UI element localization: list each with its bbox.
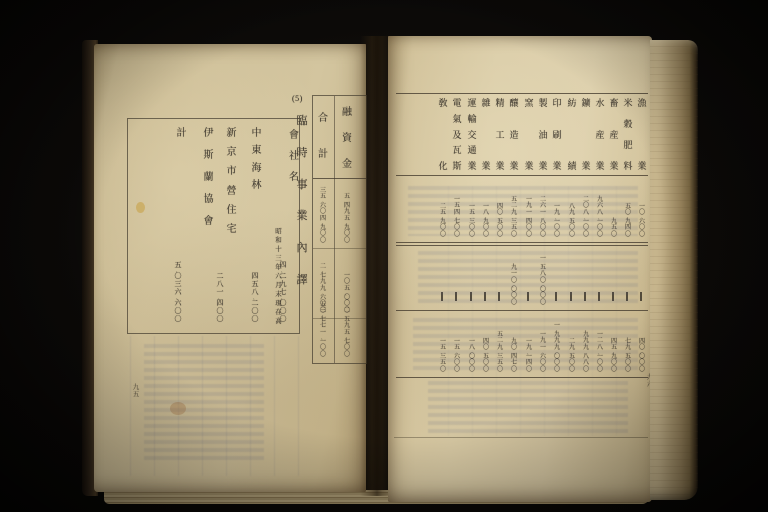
no-value-dash bbox=[470, 292, 472, 301]
glyph: 、 bbox=[281, 296, 285, 299]
glyph: 〇 bbox=[440, 367, 446, 373]
glyph: 〇 bbox=[320, 238, 326, 244]
company-name: 伊斯蘭協會 bbox=[202, 129, 215, 227]
industry-column-header: 紡績 bbox=[566, 99, 578, 171]
glyph: 、 bbox=[345, 200, 349, 203]
glyph: 、 bbox=[555, 351, 559, 354]
industry-value-row3: 二九、五〇〇 bbox=[567, 339, 577, 373]
glyph: 、 bbox=[598, 216, 602, 219]
industry-value-row3: 一九一、六〇〇 bbox=[538, 332, 548, 373]
glyph: 宅 bbox=[227, 225, 237, 235]
glyph: 〇 bbox=[280, 299, 287, 307]
glyph: 、 bbox=[512, 284, 516, 287]
glyph: 伊 bbox=[204, 129, 214, 139]
glyph: 業 bbox=[637, 162, 646, 171]
glyph: 〇 bbox=[611, 367, 617, 373]
glyph: 〇 bbox=[639, 232, 645, 238]
glyph: 、 bbox=[541, 262, 545, 265]
industry-column-header: 製油業 bbox=[537, 99, 549, 171]
company-name: 中東海林 bbox=[250, 129, 263, 191]
glyph: 、 bbox=[570, 351, 574, 354]
industry-value-row3: 一五、三五〇 bbox=[438, 339, 448, 373]
glyph: 、 bbox=[527, 216, 531, 219]
no-value-dash bbox=[441, 292, 443, 301]
industry-value-row2: 九一〇、〇〇〇 bbox=[509, 265, 519, 306]
glyph: 〇 bbox=[639, 367, 645, 373]
glyph: 業 bbox=[509, 162, 518, 171]
industry-column-header: 水産業 bbox=[594, 99, 606, 171]
glyph: 〇 bbox=[217, 315, 224, 323]
glyph: 輸 bbox=[467, 115, 476, 124]
glyph: 、 bbox=[345, 336, 349, 339]
industry-value-row1: 五〇、九四〇 bbox=[623, 204, 633, 238]
glyph: 會 bbox=[204, 217, 214, 227]
glyph: 、 bbox=[281, 269, 285, 272]
industry-value-row1: 一〇、六〇〇 bbox=[637, 204, 647, 238]
glyph: 協 bbox=[204, 195, 214, 205]
glyph: 、 bbox=[570, 216, 574, 219]
industry-value-row1: 一五、三〇〇 bbox=[467, 204, 477, 238]
glyph: 化 bbox=[438, 162, 447, 171]
glyph: 〇 bbox=[597, 232, 603, 238]
glyph: 〇 bbox=[469, 367, 475, 373]
no-value-dash bbox=[455, 292, 457, 301]
glyph: 〇 bbox=[344, 352, 350, 358]
glyph: 四 bbox=[217, 299, 224, 307]
glyph: 水 bbox=[595, 99, 604, 108]
glyph: 、 bbox=[541, 284, 545, 287]
glyph: 〇 bbox=[540, 367, 546, 373]
glyph: 京 bbox=[227, 148, 237, 158]
left-page-number: 九五 bbox=[132, 384, 140, 398]
glyph: 、 bbox=[584, 351, 588, 354]
glyph: 〇 bbox=[526, 367, 532, 373]
glyph: 〇 bbox=[583, 367, 589, 373]
glyph: 〇 bbox=[511, 232, 517, 238]
glyph: 、 bbox=[484, 216, 488, 219]
no-value-dash bbox=[555, 292, 557, 301]
industry-value-row1: 九六八、一〇〇 bbox=[595, 197, 605, 238]
glyph: 市 bbox=[227, 167, 237, 177]
glyph: 營 bbox=[227, 187, 237, 197]
glyph: 〇 bbox=[625, 367, 631, 373]
glyph: 製 bbox=[538, 99, 547, 108]
glyph: 工 bbox=[495, 131, 504, 140]
left-page: (5) 臨時事業內譯 合計 融資金 三五、六〇四、九〇〇五、四九五、九〇〇二、七… bbox=[94, 44, 366, 492]
glyph: 釀 bbox=[509, 99, 518, 108]
industry-value-row3: 五二九、三五〇 bbox=[495, 332, 505, 373]
glyph: 料 bbox=[623, 162, 632, 171]
industry-column-header: 漁業 bbox=[636, 99, 648, 171]
no-value-dash bbox=[612, 292, 614, 301]
glyph: 〇 bbox=[252, 307, 259, 315]
glyph: 電 bbox=[452, 99, 461, 108]
glyph: 〇 bbox=[497, 367, 503, 373]
glyph: 、 bbox=[555, 329, 559, 332]
glyph: 計 bbox=[177, 129, 187, 139]
industry-column-header: 鑛業 bbox=[580, 99, 592, 171]
glyph: 、 bbox=[321, 200, 325, 203]
glyph: 業 bbox=[595, 162, 604, 171]
glyph: 〇 bbox=[252, 315, 259, 323]
glyph: 運 bbox=[467, 99, 476, 108]
glyph: 米 bbox=[623, 99, 632, 108]
industry-value-row1: 一五四、七〇〇 bbox=[452, 197, 462, 238]
glyph: 、 bbox=[441, 351, 445, 354]
summary-total-value: 五三、七七一、一〇〇 bbox=[318, 302, 328, 358]
glyph: 窯 bbox=[524, 99, 533, 108]
glyph: 産 bbox=[609, 131, 618, 140]
glyph: 三 bbox=[175, 280, 182, 288]
glyph: 漁 bbox=[637, 99, 646, 108]
industry-value-row1: 二〇八、一〇〇 bbox=[581, 197, 591, 238]
glyph: 中 bbox=[252, 129, 262, 139]
glyph: 〇 bbox=[483, 232, 489, 238]
industry-column-header: 釀造業 bbox=[508, 99, 520, 171]
glyph: 二 bbox=[217, 272, 224, 280]
glyph: 〇 bbox=[497, 232, 503, 238]
company-rows: 中東海林四、二九七、〇〇〇新京市營住宅四五八、二〇〇伊斯蘭協會二八一、四〇〇計五… bbox=[128, 119, 299, 333]
glyph: 六 bbox=[175, 299, 182, 307]
no-value-dash bbox=[598, 292, 600, 301]
glyph: 、 bbox=[321, 292, 325, 295]
industry-column-header: 電氣及瓦斯 bbox=[451, 99, 463, 171]
glyph: 業 bbox=[481, 162, 490, 171]
industry-value-row3: 七九、五〇〇 bbox=[623, 339, 633, 373]
glyph: 、 bbox=[253, 296, 257, 299]
glyph: 九 bbox=[133, 384, 140, 391]
industry-value-row1: 一九、一〇〇 bbox=[552, 204, 562, 238]
glyph: 〇 bbox=[454, 367, 460, 373]
glyph: 二 bbox=[252, 299, 259, 307]
glyph: 八 bbox=[217, 280, 224, 288]
glyph: 〇 bbox=[540, 232, 546, 238]
glyph: 新 bbox=[227, 129, 237, 139]
no-value-dash bbox=[527, 292, 529, 301]
glyph: 、 bbox=[345, 314, 349, 317]
glyph: 斯 bbox=[204, 151, 214, 161]
industry-column-header: 敎化 bbox=[437, 99, 449, 171]
glyph: 紡 bbox=[567, 99, 576, 108]
glyph: 、 bbox=[512, 351, 516, 354]
glyph: 〇 bbox=[175, 272, 182, 280]
industry-value-row2: 一、五八〇、〇〇〇 bbox=[538, 256, 548, 306]
industry-value-row1: 九五〇 bbox=[609, 219, 619, 238]
glyph: 〇 bbox=[569, 232, 575, 238]
summary-table: 合計 融資金 三五、六〇四、九〇〇五、四九五、九〇〇二、七九九、六〇〇一〇五、〇… bbox=[312, 95, 367, 364]
industry-column-header: 米穀肥料 bbox=[622, 99, 634, 171]
glyph: 瓦 bbox=[452, 146, 461, 155]
page-stack-right-edge bbox=[650, 40, 698, 500]
industry-value-row3: 一九、一四〇 bbox=[524, 339, 534, 373]
industry-value-row1: 一九一、四〇〇 bbox=[524, 197, 534, 238]
glyph: 二 bbox=[280, 272, 287, 280]
glyph: 績 bbox=[567, 162, 576, 171]
industry-value-row3: 四五、九〇〇 bbox=[609, 339, 619, 373]
no-value-dash bbox=[570, 292, 572, 301]
glyph: 業 bbox=[524, 162, 533, 171]
summary-values: 三五、六〇四、九〇〇五、四九五、九〇〇二、七九九、六〇〇一〇五、〇〇〇五三、七七… bbox=[313, 96, 366, 363]
glyph: 〇 bbox=[280, 307, 287, 315]
glyph: 、 bbox=[321, 314, 325, 317]
glyph: 刷 bbox=[552, 131, 561, 140]
glyph: 〇 bbox=[440, 232, 446, 238]
glyph: 、 bbox=[640, 351, 644, 354]
no-value-dash bbox=[484, 292, 486, 301]
glyph: 〇 bbox=[611, 232, 617, 238]
glyph: 九 bbox=[280, 280, 287, 288]
glyph: 油 bbox=[538, 131, 547, 140]
industry-value-row3: 四〇、五〇〇 bbox=[481, 339, 491, 373]
company-value: 五、〇三六、六〇〇 bbox=[173, 261, 183, 323]
industry-value-row3: 九〇、四七〇 bbox=[509, 339, 519, 373]
section-index: (5) bbox=[292, 94, 303, 103]
glyph: 産 bbox=[595, 131, 604, 140]
glyph: 〇 bbox=[625, 232, 631, 238]
glyph: 業 bbox=[552, 162, 561, 171]
glyph: 敎 bbox=[438, 99, 447, 108]
company-value: 四五八、二〇〇 bbox=[250, 272, 260, 323]
industry-column-header: 運輸交通業 bbox=[466, 99, 478, 171]
glyph: 肥 bbox=[623, 141, 632, 150]
paper-stain bbox=[170, 402, 186, 415]
industry-column-header: 雜業 bbox=[480, 99, 492, 171]
glyph: 〇 bbox=[344, 238, 350, 244]
industry-column-header: 畜産業 bbox=[608, 99, 620, 171]
glyph: 業 bbox=[538, 162, 547, 171]
glyph: 通 bbox=[467, 146, 476, 155]
glyph: 鑛 bbox=[581, 99, 590, 108]
glyph: 〇 bbox=[569, 367, 575, 373]
summary-total-value: 三五、六〇四、九〇〇 bbox=[318, 188, 328, 244]
industry-column-header: 精工業 bbox=[494, 99, 506, 171]
company-name: 計 bbox=[175, 129, 188, 145]
photo-of-open-ledger-book: (5) 臨時事業內譯 合計 融資金 三五、六〇四、九〇〇五、四九五、九〇〇二、七… bbox=[0, 0, 768, 512]
industry-value-row1: 二六一、八〇〇 bbox=[538, 197, 548, 238]
glyph: 〇 bbox=[511, 300, 517, 306]
no-value-dash bbox=[584, 292, 586, 301]
glyph: 、 bbox=[321, 270, 325, 273]
glyph: 、 bbox=[470, 351, 474, 354]
industry-value-row1: 五二九、三五〇 bbox=[509, 197, 519, 238]
glyph: 蘭 bbox=[204, 173, 214, 183]
glyph: 〇 bbox=[597, 367, 603, 373]
summary-loans-value: 五、四九五、九〇〇 bbox=[342, 194, 352, 244]
glyph: 氣 bbox=[452, 115, 461, 124]
glyph: 、 bbox=[584, 216, 588, 219]
glyph: 〇 bbox=[454, 232, 460, 238]
glyph: 〇 bbox=[483, 367, 489, 373]
glyph: 、 bbox=[455, 351, 459, 354]
glyph: 穀 bbox=[623, 120, 632, 129]
bleed-through-lines bbox=[130, 336, 310, 476]
glyph: 、 bbox=[626, 351, 630, 354]
glyph: 、 bbox=[527, 351, 531, 354]
glyph: 住 bbox=[227, 206, 237, 216]
glyph: 〇 bbox=[554, 232, 560, 238]
glyph: 業 bbox=[467, 162, 476, 171]
glyph: 交 bbox=[467, 131, 476, 140]
industry-value-row1: 四〇、五〇〇 bbox=[495, 204, 505, 238]
glyph: 、 bbox=[541, 351, 545, 354]
glyph: 斯 bbox=[452, 162, 461, 171]
glyph: 五 bbox=[252, 280, 259, 288]
glyph: 〇 bbox=[511, 367, 517, 373]
no-value-dash bbox=[626, 292, 628, 301]
industry-value-row1: 八九、五〇〇 bbox=[567, 204, 577, 238]
glyph: 五 bbox=[133, 391, 140, 398]
glyph: 〇 bbox=[175, 315, 182, 323]
bleed-through-text bbox=[144, 344, 264, 464]
glyph: 、 bbox=[640, 216, 644, 219]
no-value-dash bbox=[498, 292, 500, 301]
industry-value-row3: 一八、〇〇〇 bbox=[467, 339, 477, 373]
glyph: 、 bbox=[498, 351, 502, 354]
glyph: 〇 bbox=[554, 367, 560, 373]
glyph: 〇 bbox=[469, 232, 475, 238]
glyph: 林 bbox=[252, 181, 262, 191]
glyph: 、 bbox=[541, 216, 545, 219]
industry-value-row3: 四〇、〇〇〇 bbox=[637, 339, 647, 373]
glyph: 畜 bbox=[609, 99, 618, 108]
company-table: 會社名 昭和十三年六月末現在高 中東海林四、二九七、〇〇〇新京市營住宅四五八、二… bbox=[127, 118, 300, 334]
glyph: 、 bbox=[626, 216, 630, 219]
glyph: 、 bbox=[176, 296, 180, 299]
glyph: 業 bbox=[495, 162, 504, 171]
glyph: 東 bbox=[252, 146, 262, 156]
glyph: 業 bbox=[581, 162, 590, 171]
industry-value-row3: 一、九九九、〇〇〇 bbox=[552, 323, 562, 373]
glyph: 海 bbox=[252, 164, 262, 174]
glyph: 、 bbox=[321, 222, 325, 225]
industry-value-row3: 九九九、八八〇 bbox=[581, 332, 591, 373]
industry-value-row1: 二五、九〇〇 bbox=[438, 204, 448, 238]
glyph: 、 bbox=[470, 216, 474, 219]
industry-columns: 漁業一〇、六〇〇四〇、〇〇〇米穀肥料五〇、九四〇七九、五〇〇畜産業九五〇四五、九… bbox=[388, 36, 652, 502]
glyph: 、 bbox=[321, 336, 325, 339]
glyph: 〇 bbox=[175, 307, 182, 315]
glyph: 造 bbox=[509, 131, 518, 140]
glyph: 、 bbox=[441, 216, 445, 219]
glyph: 、 bbox=[512, 216, 516, 219]
glyph: 雜 bbox=[481, 99, 490, 108]
glyph: 〇 bbox=[320, 352, 326, 358]
company-value: 四、二九七、〇〇〇 bbox=[278, 261, 288, 323]
glyph: 精 bbox=[495, 99, 504, 108]
glyph: 〇 bbox=[540, 300, 546, 306]
industry-column-header: 窯業 bbox=[523, 99, 535, 171]
industry-value-row1: 一八、九〇〇 bbox=[481, 204, 491, 238]
glyph: 、 bbox=[345, 292, 349, 295]
glyph: 及 bbox=[452, 131, 461, 140]
glyph: 四 bbox=[252, 272, 259, 280]
industry-value-row3: 一五、六〇〇 bbox=[452, 339, 462, 373]
right-page: 漁業一〇、六〇〇四〇、〇〇〇米穀肥料五〇、九四〇七九、五〇〇畜産業九五〇四五、九… bbox=[388, 36, 652, 502]
glyph: 〇 bbox=[217, 307, 224, 315]
glyph: 、 bbox=[345, 222, 349, 225]
glyph: 、 bbox=[598, 351, 602, 354]
glyph: 、 bbox=[484, 351, 488, 354]
industry-value-row3: 一二八、一〇〇 bbox=[595, 332, 605, 373]
glyph: 、 bbox=[218, 296, 222, 299]
glyph: 〇 bbox=[280, 315, 287, 323]
no-value-dash bbox=[640, 292, 642, 301]
company-name: 新京市營住宅 bbox=[225, 129, 238, 235]
industry-column-header: 印刷業 bbox=[551, 99, 563, 171]
glyph: 、 bbox=[498, 216, 502, 219]
glyph: 、 bbox=[612, 351, 616, 354]
company-value: 二八一、四〇〇 bbox=[215, 272, 225, 323]
glyph: 〇 bbox=[526, 232, 532, 238]
glyph: 、 bbox=[555, 216, 559, 219]
glyph: 、 bbox=[455, 216, 459, 219]
glyph: 、 bbox=[176, 269, 180, 272]
glyph: 〇 bbox=[583, 232, 589, 238]
glyph: 印 bbox=[552, 99, 561, 108]
summary-loans-value: 二、五九五、七〇〇 bbox=[342, 308, 352, 358]
glyph: 業 bbox=[609, 162, 618, 171]
